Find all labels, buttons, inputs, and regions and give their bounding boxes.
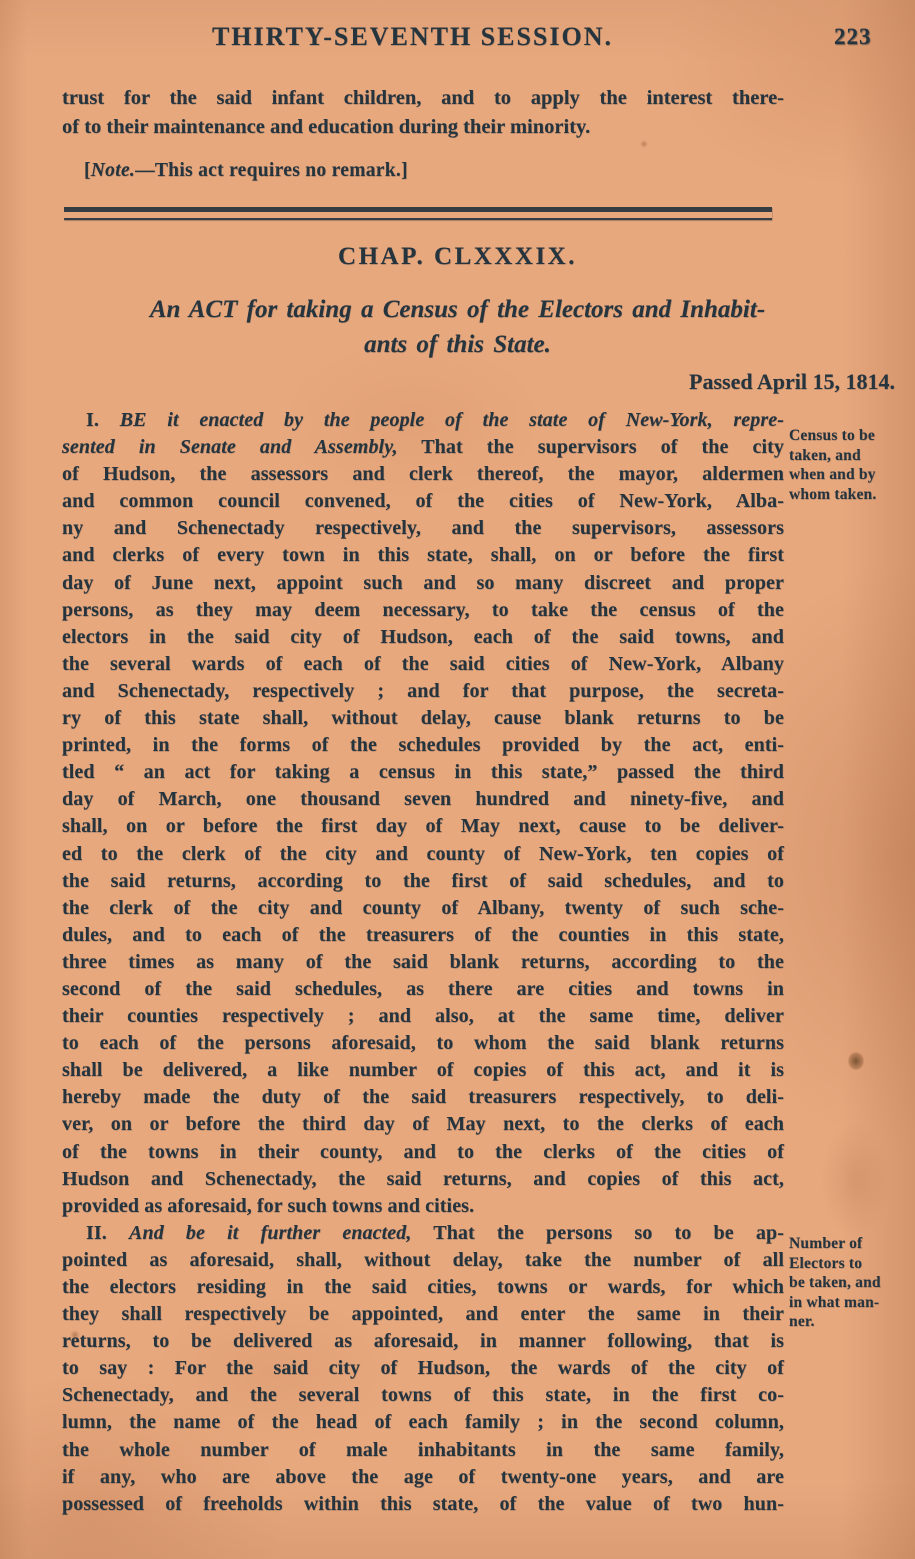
paper-stain bbox=[820, 1120, 890, 1240]
margin-note-line: Census to be bbox=[789, 426, 911, 446]
note-bracket: [ bbox=[84, 160, 91, 181]
body-line: the whole number of male inhabitants in … bbox=[62, 1437, 784, 1464]
margin-note-line: whom taken. bbox=[789, 485, 911, 505]
body-line: ver, on or before the third day of May n… bbox=[62, 1111, 784, 1138]
body-line: the electors residing in the said cities… bbox=[62, 1274, 784, 1301]
act-body: I. BE it enacted by the people of the st… bbox=[62, 407, 784, 1518]
body-line: ed to the clerk of the city and county o… bbox=[62, 841, 784, 868]
body-line: to each of the persons aforesaid, to who… bbox=[62, 1030, 784, 1057]
body-line: shall be delivered, a like number of cop… bbox=[62, 1057, 784, 1084]
body-line: the said returns, according to the first… bbox=[62, 868, 784, 895]
body-line: the clerk of the city and county of Alba… bbox=[62, 895, 784, 922]
margin-note-line: Number of bbox=[789, 1234, 911, 1254]
body-line: Hudson and Schenectady, the said returns… bbox=[62, 1166, 784, 1193]
margin-note-line: when and by bbox=[789, 465, 911, 485]
body-line: electors in the said city of Hudson, eac… bbox=[62, 624, 784, 651]
enacting-clause: And be it further enacted, bbox=[129, 1222, 411, 1244]
body-line: printed, in the forms of the schedules p… bbox=[62, 732, 784, 759]
body-line: day of June next, appoint such and so ma… bbox=[62, 570, 784, 597]
section-1-opening-line: I. BE it enacted by the people of the st… bbox=[62, 407, 784, 434]
body-line: tled “ an act for taking a census in thi… bbox=[62, 759, 784, 786]
note-text: —This act requires no remark.] bbox=[135, 160, 408, 181]
body-line: ny and Schenectady respectively, and the… bbox=[62, 515, 784, 542]
body-line: and clerks of every town in this state, … bbox=[62, 542, 784, 569]
body-line: of the towns in their county, and to the… bbox=[62, 1139, 784, 1166]
body-line: lumn, the name of the head of each famil… bbox=[62, 1409, 784, 1436]
enacting-clause: sented in Senate and Assembly, bbox=[62, 436, 398, 458]
body-line: to say : For the said city of Hudson, th… bbox=[62, 1355, 784, 1382]
body-line: and Schenectady, respectively ; and for … bbox=[62, 678, 784, 705]
margin-note-line: Electors to bbox=[789, 1254, 911, 1274]
note-word: Note. bbox=[91, 160, 135, 181]
continuation-paragraph-line: of to their maintenance and education du… bbox=[62, 113, 784, 142]
body-line: shall, on or before the first day of May… bbox=[62, 813, 784, 840]
section-2-opening-line: II. And be it further enacted, That the … bbox=[62, 1220, 784, 1247]
body-line: Schenectady, and the several towns of th… bbox=[62, 1382, 784, 1409]
chapter-heading: CHAP. CLXXXIX. bbox=[0, 243, 915, 271]
section-1-lines: of Hudson, the assessors and clerk there… bbox=[62, 461, 784, 1193]
body-line: the several wards of each of the said ci… bbox=[62, 651, 784, 678]
act-title-line: ants of this State. bbox=[0, 331, 915, 359]
body-line: dules, and to each of the treasurers of … bbox=[62, 922, 784, 949]
margin-note-line: taken, and bbox=[789, 446, 911, 466]
scanned-statute-page: THIRTY-SEVENTH SESSION. 223 trust for th… bbox=[0, 0, 915, 1559]
body-line: second of the said schedules, as there a… bbox=[62, 976, 784, 1003]
margin-note-line: ner. bbox=[789, 1312, 911, 1332]
margin-note-line: in what man- bbox=[789, 1293, 911, 1313]
body-line: day of March, one thousand seven hundred… bbox=[62, 786, 784, 813]
body-text: That the persons so to be ap- bbox=[433, 1222, 784, 1244]
body-line: returns, to be delivered as aforesaid, i… bbox=[62, 1328, 784, 1355]
margin-note-census: Census to betaken, andwhen and bywhom ta… bbox=[789, 426, 911, 504]
body-line: provided as aforesaid, for such towns an… bbox=[62, 1193, 784, 1220]
body-text: That the supervisors of the city bbox=[421, 436, 784, 458]
body-line: three times as many of the said blank re… bbox=[62, 949, 784, 976]
session-header: THIRTY-SEVENTH SESSION. bbox=[0, 22, 825, 52]
act-title-line: An ACT for taking a Census of the Electo… bbox=[0, 296, 915, 324]
margin-note-electors: Number ofElectors tobe taken, andin what… bbox=[789, 1234, 911, 1332]
margin-note-line: be taken, and bbox=[789, 1273, 911, 1293]
act-note: [Note.—This act requires no remark.] bbox=[84, 160, 408, 182]
body-line: if any, who are above the age of twenty-… bbox=[62, 1464, 784, 1491]
body-line: pointed as aforesaid, shall, without del… bbox=[62, 1247, 784, 1274]
page-number: 223 bbox=[834, 24, 872, 50]
paper-stain bbox=[848, 1052, 864, 1070]
body-line: persons, as they may deem necessary, to … bbox=[62, 597, 784, 624]
section-number: II. bbox=[86, 1222, 107, 1244]
body-line: they shall respectively be appointed, an… bbox=[62, 1301, 784, 1328]
body-line: and common council convened, of the citi… bbox=[62, 488, 784, 515]
body-line: their counties respectively ; and also, … bbox=[62, 1003, 784, 1030]
continuation-paragraph-line: trust for the said infant children, and … bbox=[62, 84, 784, 113]
body-line: possessed of freeholds within this state… bbox=[62, 1491, 784, 1518]
section-2-lines: pointed as aforesaid, shall, without del… bbox=[62, 1247, 784, 1518]
section-number: I. bbox=[86, 409, 99, 431]
passed-date: Passed April 15, 1814. bbox=[0, 369, 915, 395]
body-line: of Hudson, the assessors and clerk there… bbox=[62, 461, 784, 488]
body-line: ry of this state shall, without delay, c… bbox=[62, 705, 784, 732]
body-line: sented in Senate and Assembly, That the … bbox=[62, 434, 784, 461]
body-line: hereby made the duty of the said treasur… bbox=[62, 1084, 784, 1111]
enacting-clause: BE it enacted by the people of the state… bbox=[120, 409, 784, 431]
section-divider-rule bbox=[64, 207, 772, 220]
